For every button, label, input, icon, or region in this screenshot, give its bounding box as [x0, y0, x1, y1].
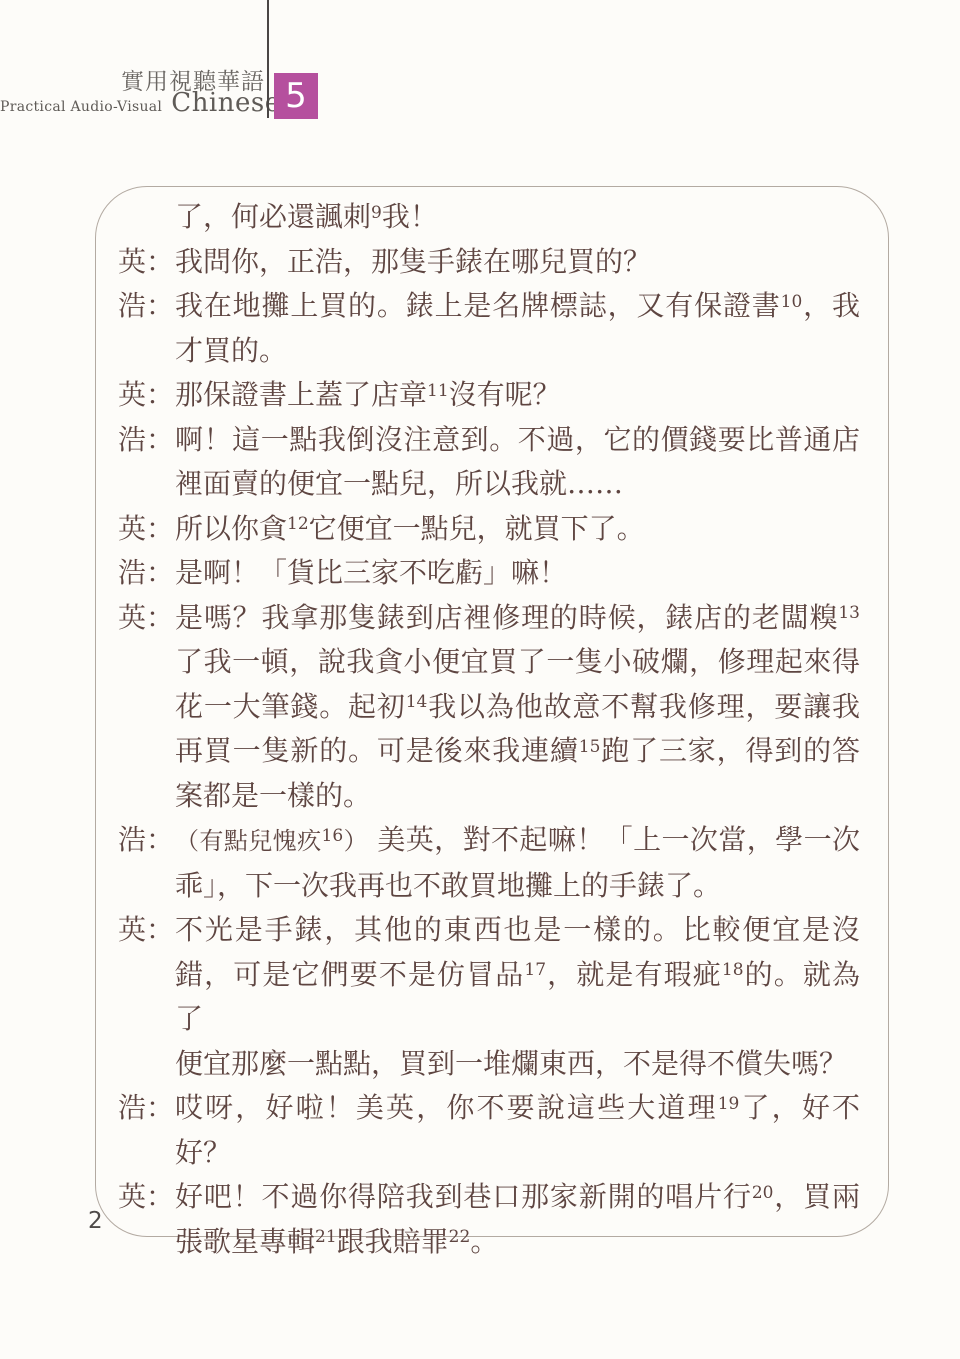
- footnote-ref: 16: [322, 826, 344, 846]
- dialogue-line: 才買的。: [118, 329, 860, 374]
- speaker-label: 英：: [118, 507, 174, 552]
- volume-number-badge: 5: [274, 73, 318, 119]
- dialogue-line: 了我一頓，說我貪小便宜買了一隻小破爛，修理起來得: [118, 640, 860, 685]
- footnote-ref: 13: [838, 603, 860, 623]
- dialogue-line: 案都是一樣的。: [118, 774, 860, 819]
- footnote-ref: 9: [371, 203, 382, 223]
- series-title-english: Practical Audio-Visual Chinese: [0, 88, 265, 118]
- footnote-ref: 17: [524, 960, 546, 980]
- speaker-label: 浩：: [118, 818, 174, 863]
- line-text: 便宜那麼一點點，買到一堆爛東西，不是得不償失嗎？: [175, 1042, 860, 1087]
- dialogue-line: 乖」，下一次我再也不敢買地攤上的手錶了。: [118, 864, 860, 909]
- dialogue-lines: 了，何必還諷刺9我！英：我問你，正浩，那隻手錶在哪兒買的？浩：我在地攤上買的。錶…: [118, 195, 860, 1264]
- dialogue-line: 英：好吧！不過你得陪我到巷口那家新開的唱片行20，買兩: [118, 1175, 860, 1220]
- speaker-label: 英：: [118, 1175, 174, 1220]
- line-text: 花一大筆錢。起初14我以為他故意不幫我修理，要讓我: [175, 685, 860, 730]
- dialogue-line: 英：不光是手錶，其他的東西也是一樣的。比較便宜是沒: [118, 908, 860, 953]
- footnote-ref: 20: [752, 1183, 774, 1203]
- line-text: 啊！這一點我倒沒注意到。不過，它的價錢要比普通店: [175, 418, 860, 463]
- line-text: 案都是一樣的。: [175, 774, 860, 819]
- footnote-ref: 21: [315, 1227, 337, 1247]
- line-text: 好？: [175, 1131, 860, 1176]
- dialogue-line: 浩：（有點兒愧疚16） 美英，對不起嘛！「上一次當，學一次: [118, 818, 860, 864]
- speaker-label: 浩：: [118, 1086, 174, 1131]
- line-text: 錯，可是它們要不是仿冒品17，就是有瑕疵18的。就為了: [175, 953, 860, 1042]
- speaker-label: 浩：: [118, 551, 174, 596]
- dialogue-line: 英：所以你貪12它便宜一點兒，就買下了。: [118, 507, 860, 552]
- series-title-english-small: Practical Audio-Visual: [0, 99, 162, 115]
- line-text: 所以你貪12它便宜一點兒，就買下了。: [175, 507, 860, 552]
- footnote-ref: 14: [406, 692, 428, 712]
- stage-direction: ）: [343, 827, 368, 855]
- line-text: 那保證書上蓋了店章11沒有呢？: [175, 373, 860, 418]
- stage-direction: （有點兒愧疚: [175, 827, 322, 855]
- page-number: 2: [88, 1208, 103, 1234]
- dialogue-line: 張歌星專輯21跟我賠罪22。: [118, 1220, 860, 1265]
- dialogue-line: 浩：是啊！「貨比三家不吃虧」嘛！: [118, 551, 860, 596]
- speaker-label: 英：: [118, 908, 174, 953]
- footnote-ref: 10: [781, 292, 803, 312]
- dialogue-line: 便宜那麼一點點，買到一堆爛東西，不是得不償失嗎？: [118, 1042, 860, 1087]
- dialogue-line: 花一大筆錢。起初14我以為他故意不幫我修理，要讓我: [118, 685, 860, 730]
- footnote-ref: 18: [722, 960, 744, 980]
- line-text: 是嗎？我拿那隻錶到店裡修理的時候，錶店的老闆糗13: [175, 596, 860, 641]
- line-text: 我在地攤上買的。錶上是名牌標誌，又有保證書10，我: [175, 284, 860, 329]
- dialogue-line: 了，何必還諷刺9我！: [118, 195, 860, 240]
- line-text: 才買的。: [175, 329, 860, 374]
- line-text: 哎呀，好啦！美英，你不要說這些大道理19了，好不: [175, 1086, 860, 1131]
- line-text: 張歌星專輯21跟我賠罪22。: [175, 1220, 860, 1265]
- line-text: 好吧！不過你得陪我到巷口那家新開的唱片行20，買兩: [175, 1175, 860, 1220]
- dialogue-line: 浩：哎呀，好啦！美英，你不要說這些大道理19了，好不: [118, 1086, 860, 1131]
- series-title-english-large: Chinese: [171, 88, 280, 118]
- dialogue-line: 浩：我在地攤上買的。錶上是名牌標誌，又有保證書10，我: [118, 284, 860, 329]
- speaker-label: 浩：: [118, 418, 174, 463]
- dialogue-line: 浩：啊！這一點我倒沒注意到。不過，它的價錢要比普通店: [118, 418, 860, 463]
- footnote-ref: 22: [449, 1227, 471, 1247]
- line-text: 是啊！「貨比三家不吃虧」嘛！: [175, 551, 860, 596]
- speaker-label: 浩：: [118, 284, 174, 329]
- footnote-ref: 11: [427, 381, 449, 401]
- header-divider-line: [267, 0, 269, 118]
- line-text: 乖」，下一次我再也不敢買地攤上的手錶了。: [175, 864, 860, 909]
- speaker-label: 英：: [118, 596, 174, 641]
- dialogue-line: 英：是嗎？我拿那隻錶到店裡修理的時候，錶店的老闆糗13: [118, 596, 860, 641]
- dialogue-line: 裡面賣的便宜一點兒，所以我就……: [118, 462, 860, 507]
- line-text: 裡面賣的便宜一點兒，所以我就……: [175, 462, 860, 507]
- line-text: 我問你，正浩，那隻手錶在哪兒買的？: [175, 240, 860, 285]
- dialogue-line: 錯，可是它們要不是仿冒品17，就是有瑕疵18的。就為了: [118, 953, 860, 1042]
- dialogue-line: 英：我問你，正浩，那隻手錶在哪兒買的？: [118, 240, 860, 285]
- line-text: 了，何必還諷刺9我！: [175, 195, 860, 240]
- dialogue-line: 好？: [118, 1131, 860, 1176]
- dialogue-line: 英：那保證書上蓋了店章11沒有呢？: [118, 373, 860, 418]
- footnote-ref: 19: [718, 1094, 740, 1114]
- line-text: （有點兒愧疚16） 美英，對不起嘛！「上一次當，學一次: [175, 818, 860, 864]
- line-text: 再買一隻新的。可是後來我連續15跑了三家，得到的答: [175, 729, 860, 774]
- line-text: 了我一頓，說我貪小便宜買了一隻小破爛，修理起來得: [175, 640, 860, 685]
- footnote-ref: 15: [579, 737, 601, 757]
- footnote-ref: 12: [287, 514, 309, 534]
- textbook-page: 實用視聽華語 Practical Audio-Visual Chinese 5 …: [0, 0, 960, 1359]
- speaker-label: 英：: [118, 240, 174, 285]
- speaker-label: 英：: [118, 373, 174, 418]
- line-text: 不光是手錶，其他的東西也是一樣的。比較便宜是沒: [175, 908, 860, 953]
- dialogue-line: 再買一隻新的。可是後來我連續15跑了三家，得到的答: [118, 729, 860, 774]
